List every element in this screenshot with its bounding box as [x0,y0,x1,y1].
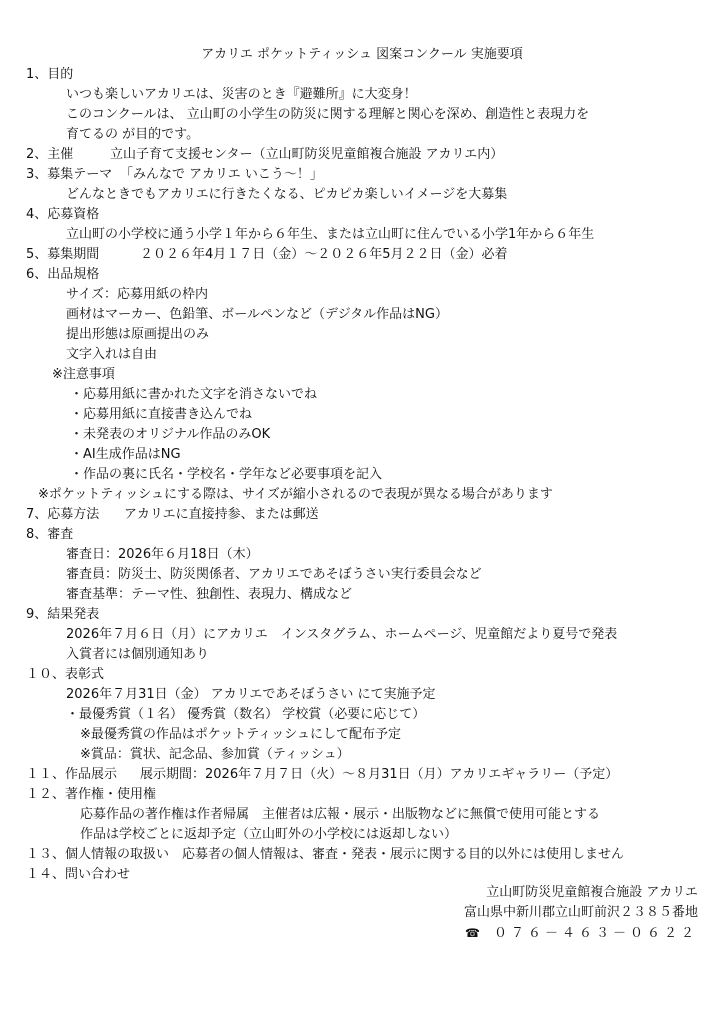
section-6-notes-heading: ※注意事項 [52,366,115,384]
section-1-line: 育てるの が目的です。 [66,126,199,144]
section-9-heading: 9、結果発表 [26,606,99,624]
section-6-note: ・応募用紙に直接書き込んでね [70,406,252,424]
section-3-line: どんなときでもアカリエに行きたくなる、ピカピカ楽しいイメージを大募集 [66,186,507,204]
page-title: アカリエ ポケットティッシュ 図案コンクール 実施要項 [0,46,724,64]
section-1-line: このコンクールは、 立山町の小学生の防災に関する理解と関心を深め、創造性と表現力… [66,106,589,124]
section-6-line: 提出形態は原画提出のみ [66,326,209,344]
section-3-heading: 3、募集テーマ [26,166,112,184]
document-page: アカリエ ポケットティッシュ 図案コンクール 実施要項 1、目的 いつも楽しいア… [0,0,724,1024]
section-9-line: 入賞者には個別通知あり [66,646,209,664]
section-6-note: ・作品の裏に氏名・学校名・学年など必要事項を記入 [70,466,382,484]
section-5-value: ２０２６年4月１７日（金）～２０２６年5月２２日（金）必着 [140,246,508,264]
contact-phone: ０７６－４６３－０６２２ [494,926,698,941]
section-6-note: ・未発表のオリジナル作品のみOK [70,426,270,444]
section-8-line: 審査員：防災士、防災関係者、アカリエであそぼうさい実行委員会など [66,566,482,584]
section-8-line: 審査日：2026年６月18日（木） [66,546,259,564]
section-6-note: ・応募用紙に書かれた文字を消さないでね [70,386,317,404]
section-10-line: ※最優秀賞の作品はポケットティッシュにして配布予定 [80,726,401,744]
section-13-value: 応募者の個人情報は、審査・発表・展示に関する目的以外には使用しません [182,846,624,864]
section-5-heading: 5、募集期間 [26,246,99,264]
section-12-line: 作品は学校ごとに返却予定（立山町外の小学校には返却しない） [80,826,457,844]
section-6-note: ・AI生成作品はNG [70,446,181,464]
section-8-line: 審査基準：テーマ性、独創性、表現力、構成など [66,586,352,604]
section-7-heading: 7、応募方法 [26,506,99,524]
section-9-line: 2026年７月６日（月）にアカリエ インスタグラム、ホームページ、児童館だより夏… [66,626,617,644]
contact-address: 富山県中新川郡立山町前沢２３８５番地 [464,904,698,922]
section-10-line: ・最優秀賞（１名） 優秀賞（数名） 学校賞（必要に応じて） [66,706,425,724]
section-11-value: 展示期間：2026年７月７日（火）～８月31日（月）アカリエギャラリー（予定） [140,766,618,784]
section-4-line: 立山町の小学校に通う小学１年から６年生、または立山町に住んでいる小学1年から６年… [66,226,594,244]
contact-organization: 立山町防災児童館複合施設 アカリエ [486,884,698,902]
section-6-footnote: ※ポケットティッシュにする際は、サイズが縮小されるので表現が異なる場合があります [38,486,553,504]
section-1-line: いつも楽しいアカリエは、災害のとき『避難所』に大変身！ [66,86,417,104]
section-10-line: ※賞品：賞状、記念品、参加賞（ティッシュ） [80,746,350,764]
section-6-line: 画材はマーカー、色鉛筆、ボールペンなど（デジタル作品はNG） [66,306,448,324]
section-3-theme: 「みんなで アカリエ いこう～！」 [120,166,323,184]
section-13-heading: １３、個人情報の取扱い [26,846,169,864]
section-6-line: 文字入れは自由 [66,346,157,364]
section-2-heading: 2、主催 [26,146,73,164]
phone-icon: ☎ [465,926,480,940]
section-6-heading: 6、出品規格 [26,266,99,284]
section-2-value: 立山子育て支援センター（立山町防災児童館複合施設 アカリエ内） [110,146,503,164]
section-6-line: サイズ：応募用紙の枠内 [66,286,208,304]
section-14-heading: １４、問い合わせ [26,866,130,884]
section-8-heading: 8、審査 [26,526,73,544]
section-12-heading: １２、著作権・使用権 [26,786,156,804]
section-12-line: 応募作品の著作権は作者帰属 主催者は広報・展示・出版物などに無償で使用可能とする [80,806,600,824]
section-10-line: 2026年７月31日（金） アカリエであそぼうさい にて実施予定 [66,686,436,704]
section-7-value: アカリエに直接持参、または郵送 [124,506,319,524]
section-1-heading: 1、目的 [26,66,73,84]
section-4-heading: 4、応募資格 [26,206,99,224]
contact-phone-row: ☎０７６－４６３－０６２２ [465,924,698,943]
section-11-heading: １１、作品展示 [26,766,117,784]
section-10-heading: １０、表彰式 [26,666,104,684]
